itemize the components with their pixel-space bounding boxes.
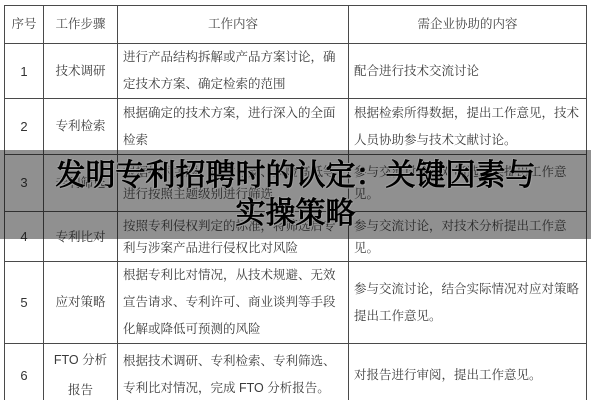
row-number: 1 <box>5 44 44 99</box>
article-title-line-1: 发明专利招聘时的认定：关键因素与 <box>0 157 591 195</box>
table-row: 5 应对策略 根据专利比对情况，从技术规避、无效宣告请求、专利许可、商业谈判等手… <box>5 262 587 344</box>
article-title: 发明专利招聘时的认定：关键因素与 实操策略 <box>0 157 591 233</box>
table-row: 1 技术调研 进行产品结构拆解或产品方案讨论，确定技术方案、确定检索的范围 配合… <box>5 44 587 99</box>
row-step: 专利检索 <box>44 99 118 155</box>
table-header-row: 序号 工作步骤 工作内容 需企业协助的内容 <box>5 6 587 44</box>
header-assist: 需企业协助的内容 <box>349 6 587 44</box>
header-step: 工作步骤 <box>44 6 118 44</box>
table-row: 2 专利检索 根据确定的技术方案，进行深入的全面检索 根据检索所得数据，提出工作… <box>5 99 587 155</box>
row-step: 应对策略 <box>44 262 118 344</box>
row-assist: 根据检索所得数据，提出工作意见，技术人员协助参与技术文献讨论。 <box>349 99 587 155</box>
row-step: 技术调研 <box>44 44 118 99</box>
row-assist: 对报告进行审阅，提出工作意见。 <box>349 344 587 400</box>
row-number: 6 <box>5 344 44 400</box>
row-content: 根据专利比对情况，从技术规避、无效宣告请求、专利许可、商业谈判等手段化解或降低可… <box>118 262 349 344</box>
row-assist: 配合进行技术交流讨论 <box>349 44 587 99</box>
table-row: 6 FTO 分析报告 根据技术调研、专利检索、专利筛选、专利比对情况，完成 FT… <box>5 344 587 400</box>
article-title-line-2: 实操策略 <box>0 195 591 233</box>
header-content: 工作内容 <box>118 6 349 44</box>
row-content: 进行产品结构拆解或产品方案讨论，确定技术方案、确定检索的范围 <box>118 44 349 99</box>
row-assist: 参与交流讨论，结合实际情况对应对策略提出工作意见。 <box>349 262 587 344</box>
row-content: 根据技术调研、专利检索、专利筛选、专利比对情况，完成 FTO 分析报告。 <box>118 344 349 400</box>
row-content: 根据确定的技术方案，进行深入的全面检索 <box>118 99 349 155</box>
row-number: 5 <box>5 262 44 344</box>
row-number: 2 <box>5 99 44 155</box>
row-step: FTO 分析报告 <box>44 344 118 400</box>
header-no: 序号 <box>5 6 44 44</box>
